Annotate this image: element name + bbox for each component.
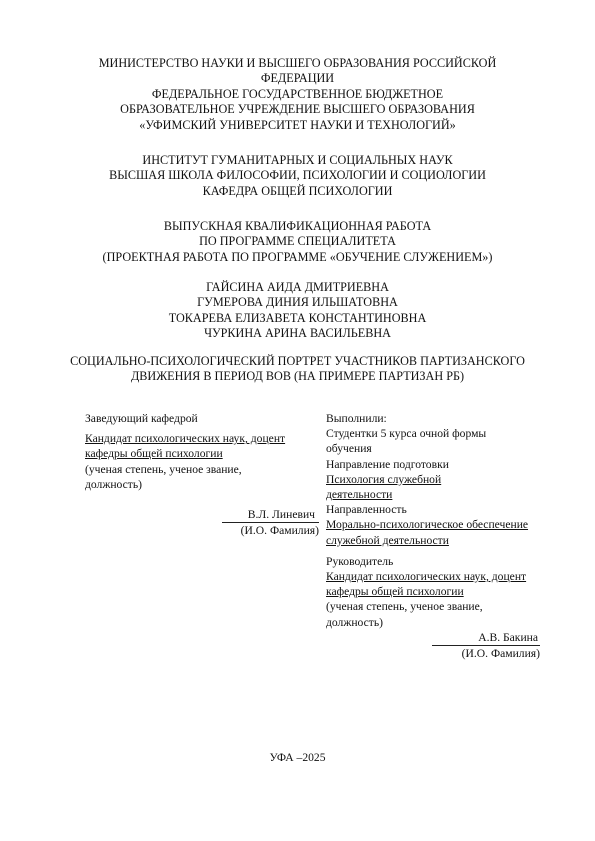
work-type-line: (ПРОЕКТНАЯ РАБОТА ПО ПРОГРАММЕ «ОБУЧЕНИЕ… [0,250,595,265]
supervisor-signature-name: А.В. Бакина [432,631,540,646]
focus-value: служебной деятельности [326,533,540,548]
direction-value: Психология служебной [326,472,540,487]
school-name: ВЫСШАЯ ШКОЛА ФИЛОСОФИИ, ПСИХОЛОГИИ И СОЦ… [0,168,595,183]
ministry-header: МИНИСТЕРСТВО НАУКИ И ВЫСШЕГО ОБРАЗОВАНИЯ… [0,56,595,133]
role-label: Заведующий кафедрой [85,411,319,426]
title-line: ДВИЖЕНИЯ В ПЕРИОД ВОВ (НА ПРИМЕРЕ ПАРТИЗ… [0,369,595,384]
authors-list: ГАЙСИНА АИДА ДМИТРИЕВНА ГУМЕРОВА ДИНИЯ И… [0,280,595,342]
head-signature-name: В.Л. Линевич [222,508,319,523]
head-signature-hint: (И.О. Фамилия) [241,523,319,538]
institute-name: ИНСТИТУТ ГУМАНИТАРНЫХ И СОЦИАЛЬНЫХ НАУК [0,153,595,168]
ministry-line: ФЕДЕРАЛЬНОЕ ГОСУДАРСТВЕННОЕ БЮДЖЕТНОЕ [0,87,595,102]
supervisor-label: Руководитель [326,554,540,569]
supervisor-hint: (ученая степень, ученое звание, [326,599,540,614]
performers-block: Выполнили: Студентки 5 курса очной формы… [326,411,540,661]
supervisor-position: Кандидат психологических наук, доцент [326,569,540,584]
city-year: УФА –2025 [0,751,595,764]
university-name: «УФИМСКИЙ УНИВЕРСИТЕТ НАУКИ И ТЕХНОЛОГИЙ… [0,118,595,133]
title-line: СОЦИАЛЬНО-ПСИХОЛОГИЧЕСКИЙ ПОРТРЕТ УЧАСТН… [0,354,595,369]
students-line: обучения [326,441,540,456]
thesis-title: СОЦИАЛЬНО-ПСИХОЛОГИЧЕСКИЙ ПОРТРЕТ УЧАСТН… [0,354,595,385]
author-name: ГАЙСИНА АИДА ДМИТРИЕВНА [0,280,595,295]
direction-value: деятельности [326,487,540,502]
supervisor-position: кафедры общей психологии [326,584,540,599]
position-hint: должность) [85,477,319,492]
supervisor-signature-hint: (И.О. Фамилия) [462,646,540,661]
supervisor-hint: должность) [326,615,540,630]
ministry-line: МИНИСТЕРСТВО НАУКИ И ВЫСШЕГО ОБРАЗОВАНИЯ… [0,56,595,71]
position-hint: (ученая степень, ученое звание, [85,462,319,477]
position-line: кафедры общей психологии [85,446,319,461]
author-name: ГУМЕРОВА ДИНИЯ ИЛЬШАТОВНА [0,295,595,310]
work-type-line: ВЫПУСКНАЯ КВАЛИФИКАЦИОННАЯ РАБОТА [0,219,595,234]
institute-header: ИНСТИТУТ ГУМАНИТАРНЫХ И СОЦИАЛЬНЫХ НАУК … [0,153,595,199]
focus-value: Морально-психологическое обеспечение [326,517,540,532]
department-name: КАФЕДРА ОБЩЕЙ ПСИХОЛОГИИ [0,184,595,199]
students-line: Студентки 5 курса очной формы [326,426,540,441]
ministry-line: ФЕДЕРАЦИИ [0,71,595,86]
position-line: Кандидат психологических наук, доцент [85,431,319,446]
performed-label: Выполнили: [326,411,540,426]
focus-label: Направленность [326,502,540,517]
head-of-department-block: Заведующий кафедрой Кандидат психологиче… [85,411,319,538]
work-type-line: ПО ПРОГРАММЕ СПЕЦИАЛИТЕТА [0,234,595,249]
ministry-line: ОБРАЗОВАТЕЛЬНОЕ УЧРЕЖДЕНИЕ ВЫСШЕГО ОБРАЗ… [0,102,595,117]
direction-label: Направление подготовки [326,457,540,472]
author-name: ЧУРКИНА АРИНА ВАСИЛЬЕВНА [0,326,595,341]
author-name: ТОКАРЕВА ЕЛИЗАВЕТА КОНСТАНТИНОВНА [0,311,595,326]
work-type: ВЫПУСКНАЯ КВАЛИФИКАЦИОННАЯ РАБОТА ПО ПРО… [0,219,595,265]
